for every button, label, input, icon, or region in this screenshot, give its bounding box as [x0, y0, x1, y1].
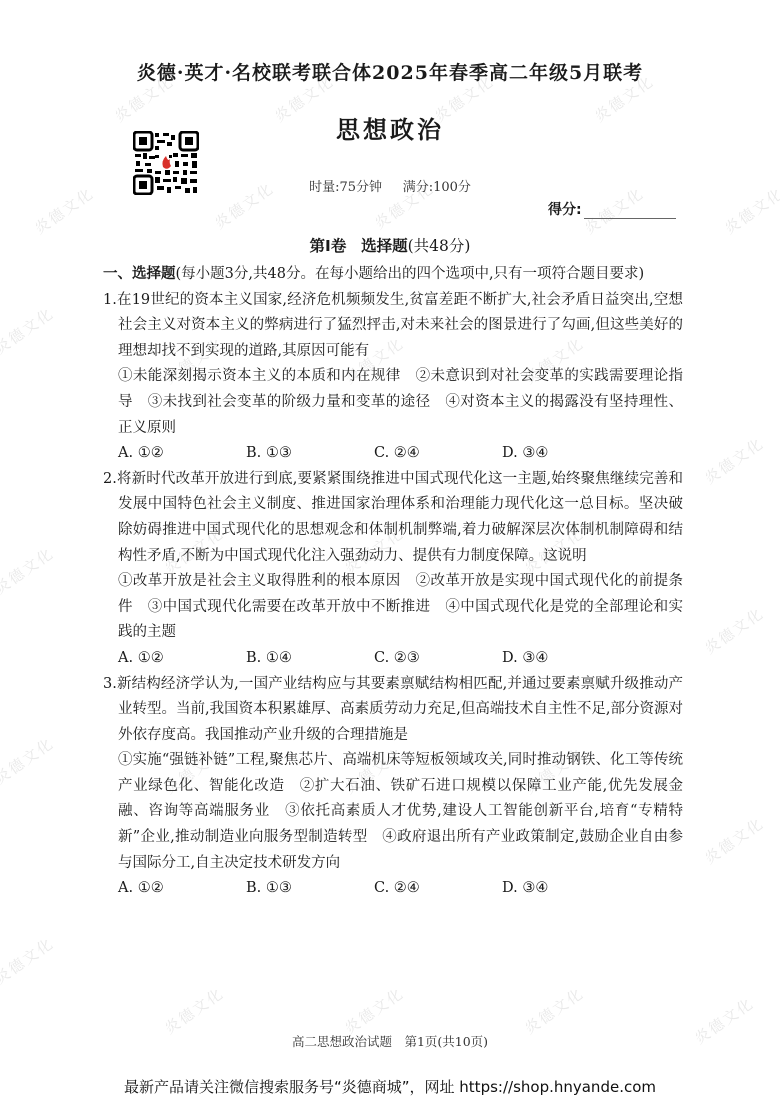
instructions-text: (每小题3分,共48分。在每小题给出的四个选项中,只有一项符合题目要求) [176, 266, 645, 282]
subject-title: 思想政治 [0, 110, 780, 145]
question-statements: ①改革开放是社会主义取得胜利的根本原因 ②改革开放是实现中国式现代化的前提条件 … [103, 569, 683, 646]
question-1: 1.在19世纪的资本主义国家,经济危机频频发生,贫富差距不断扩大,社会矛盾日益突… [103, 288, 683, 467]
question-2: 2.将新时代改革开放进行到底,要紧紧围绕推进中国式现代化这一主题,始终聚焦继续完… [103, 467, 683, 672]
question-text: 在19世纪的资本主义国家,经济危机频频发生,贫富差距不断扩大,社会矛盾日益突出,… [117, 292, 683, 359]
option-b[interactable]: B. ①④ [246, 646, 374, 672]
option-b[interactable]: B. ①③ [246, 441, 374, 467]
option-d[interactable]: D. ③④ [502, 646, 630, 672]
score-field: 得分: [548, 199, 676, 219]
question-number: 3. [103, 676, 117, 692]
question-area: 一、选择题(每小题3分,共48分。在每小题给出的四个选项中,只有一项符合题目要求… [103, 262, 683, 902]
exam-page: 炎德·英才·名校联考联合体2025年春季高二年级5月联考 思想政治 [0, 0, 780, 1104]
question-number: 1. [103, 292, 117, 308]
score-label: 得分: [548, 199, 582, 219]
time-limit: 时量:75分钟 [309, 180, 382, 195]
promo-banner[interactable]: 最新产品请关注微信搜索服务号“炎德商城”，网址 https://shop.hny… [0, 1076, 780, 1097]
option-a[interactable]: A. ①② [118, 441, 246, 467]
section-name: 选择题 [361, 237, 408, 255]
answer-options: A. ①② B. ①④ C. ②③ D. ③④ [103, 646, 683, 672]
question-stem: 1.在19世纪的资本主义国家,经济危机频频发生,贫富差距不断扩大,社会矛盾日益突… [103, 288, 683, 365]
option-a[interactable]: A. ①② [118, 876, 246, 902]
option-c[interactable]: C. ②④ [374, 876, 502, 902]
instructions: 一、选择题(每小题3分,共48分。在每小题给出的四个选项中,只有一项符合题目要求… [103, 262, 683, 288]
full-score: 满分:100分 [403, 180, 471, 195]
option-d[interactable]: D. ③④ [502, 441, 630, 467]
option-b[interactable]: B. ①③ [246, 876, 374, 902]
question-stem: 2.将新时代改革开放进行到底,要紧紧围绕推进中国式现代化这一主题,始终聚焦继续完… [103, 467, 683, 569]
score-blank[interactable] [584, 204, 676, 219]
answer-options: A. ①② B. ①③ C. ②④ D. ③④ [103, 441, 683, 467]
option-a[interactable]: A. ①② [118, 646, 246, 672]
section-part: 第Ⅰ卷 [310, 237, 347, 255]
question-text: 将新时代改革开放进行到底,要紧紧围绕推进中国式现代化这一主题,始终聚焦继续完善和… [117, 471, 683, 564]
question-3: 3.新结构经济学认为,一国产业结构应与其要素禀赋结构相匹配,并通过要素禀赋升级推… [103, 672, 683, 902]
answer-options: A. ①② B. ①③ C. ②④ D. ③④ [103, 876, 683, 902]
question-number: 2. [103, 471, 117, 487]
option-d[interactable]: D. ③④ [502, 876, 630, 902]
question-statements: ①实施“强链补链”工程,聚焦芯片、高端机床等短板领域攻关,同时推动钢铁、化工等传… [103, 748, 683, 876]
question-stem: 3.新结构经济学认为,一国产业结构应与其要素禀赋结构相匹配,并通过要素禀赋升级推… [103, 672, 683, 749]
exam-title: 炎德·英才·名校联考联合体2025年春季高二年级5月联考 [0, 58, 780, 85]
option-c[interactable]: C. ②③ [374, 646, 502, 672]
section-title: 第Ⅰ卷 选择题(共48分) [0, 234, 780, 256]
page-footer: 高二思想政治试题 第1页(共10页) [0, 1032, 780, 1050]
instructions-heading: 一、选择题 [103, 266, 176, 282]
exam-meta: 时量:75分钟 满分:100分 [0, 176, 780, 195]
section-points: (共48分) [408, 237, 471, 255]
question-statements: ①未能深刻揭示资本主义的本质和内在规律 ②未意识到对社会变革的实践需要理论指导 … [103, 364, 683, 441]
option-c[interactable]: C. ②④ [374, 441, 502, 467]
question-text: 新结构经济学认为,一国产业结构应与其要素禀赋结构相匹配,并通过要素禀赋升级推动产… [117, 676, 683, 743]
